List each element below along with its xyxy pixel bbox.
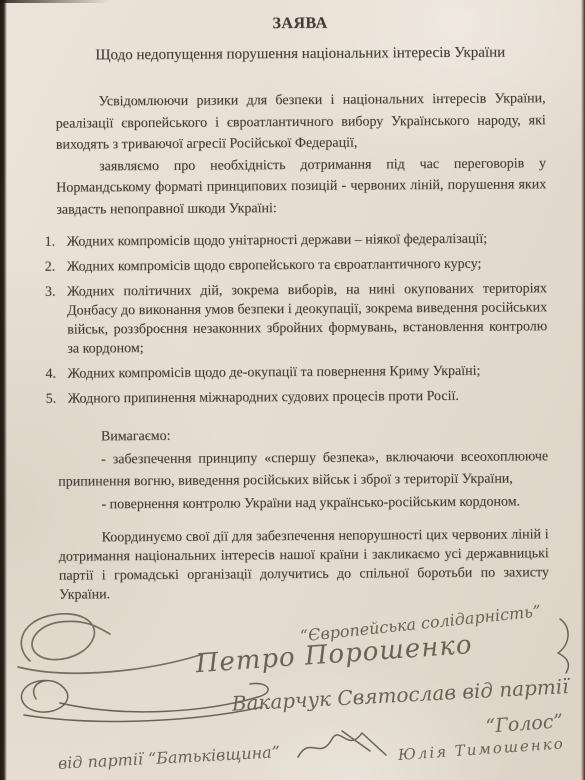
document-body: ЗАЯВА Щодо недопущення порушення націона… [0, 0, 585, 605]
poroshenko-signature-stroke [21, 614, 110, 661]
photographed-statement-document: ЗАЯВА Щодо недопущення порушення націона… [0, 0, 585, 780]
signatures-block: Петро Порошенко “Європейська солідарніст… [0, 603, 585, 780]
red-lines-list: 1. Жодних компромісів щодо унітарності д… [45, 229, 548, 409]
vakarchuk-signature-sweep [24, 707, 262, 721]
list-item-number: 2. [45, 258, 67, 277]
vakarchuk-party-handwriting: “Голос” [485, 710, 564, 737]
list-item: 1. Жодних компромісів щодо унітарності д… [45, 229, 547, 252]
list-item: 2. Жодних компромісів щодо європейського… [45, 254, 547, 277]
demands-heading: Вимагаємо: [58, 423, 548, 447]
paragraph-preamble-risks: Усвідомлюючи ризики для безпеки і націон… [56, 88, 546, 156]
vakarchuk-signature-stroke [21, 681, 67, 713]
tymoshenko-name-handwriting: Юлія Тимошенко [396, 734, 565, 764]
tymoshenko-signature-stroke [298, 733, 386, 757]
paragraph-closing-coordination: Координуємо свої дії для забезпечення не… [59, 525, 550, 604]
demand-item-border-control: - повернення контролю України над україн… [58, 491, 548, 515]
paragraph-preamble-declaration: заявляємо про необхідність дотримання пі… [56, 153, 546, 221]
list-item: 4. Жодних компромісів щодо де-окупації т… [45, 361, 547, 384]
list-item-number: 4. [45, 365, 67, 384]
list-item-number: 5. [46, 390, 68, 409]
list-item-text: Жодних компромісів щодо європейського та… [67, 254, 547, 276]
document-title: ЗАЯВА [55, 12, 545, 35]
tymoshenko-party-handwriting: від партії “Батьківщина” [57, 742, 280, 773]
list-item-number: 1. [45, 233, 67, 252]
vakarchuk-name-handwriting: Вакарчук Святослав від партії [230, 674, 572, 716]
list-item-text: Жодних компромісів щодо де-окупації та п… [67, 361, 547, 383]
party-text-curl [558, 619, 568, 673]
list-item: 5. Жодного припинення міжнародних судови… [46, 386, 548, 409]
list-item-text: Жодних компромісів щодо унітарності держ… [67, 229, 547, 251]
demand-item-security-first: - забезпечення принципу «спершу безпека»… [58, 446, 548, 492]
document-subtitle: Щодо недопущення порушення національних … [55, 42, 545, 65]
list-item-text: Жодного припинення міжнародних судових п… [68, 386, 548, 408]
tymoshenko-signature-cross [342, 731, 370, 751]
list-item: 3. Жодних політичних дій, зокрема виборі… [45, 279, 548, 359]
list-item-text: Жодних політичних дій, зокрема виборів, … [67, 279, 548, 358]
list-item-number: 3. [45, 283, 68, 359]
